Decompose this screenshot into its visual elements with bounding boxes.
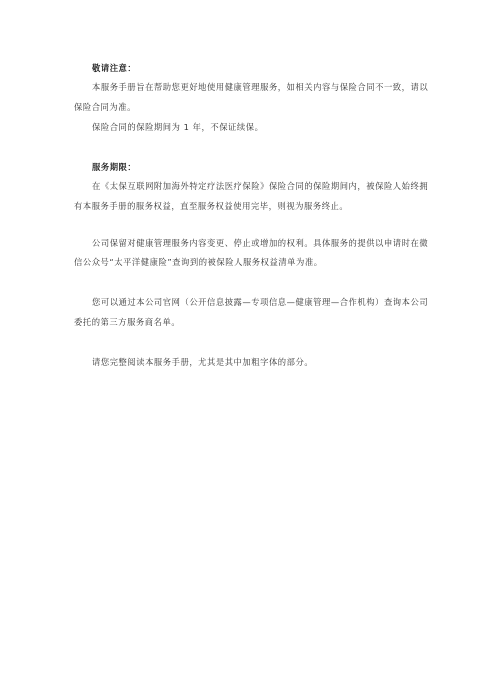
service-period-line-1: 在《太保互联网附加海外特定疗法医疗保险》保险合同的保险期间内，被保险人始终拥 [92, 180, 428, 192]
read-reminder: 请您完整阅读本服务手册，尤其是其中加粗字体的部分。 [92, 356, 313, 368]
provider-list-line-2: 委托的第三方服务商名单。 [74, 316, 180, 328]
rights-paragraph-line-1: 公司保留对健康管理服务内容变更、停止或增加的权利。具体服务的提供以申请时在微 [92, 237, 428, 249]
notice-paragraph-1-line-1: 本服务手册旨在帮助您更好地使用健康管理服务，如相关内容与保险合同不一致，请以 [92, 81, 428, 93]
service-period-line-2: 有本服务手册的服务权益，直至服务权益使用完毕，则视为服务终止。 [74, 200, 348, 212]
notice-paragraph-1-line-2: 保险合同为准。 [74, 101, 136, 113]
notice-paragraph-2: 保险合同的保险期间为 1 年，不保证续保。 [92, 121, 263, 133]
rights-paragraph-line-2: 信公众号“太平洋健康险”查询到的被保险人服务权益清单为准。 [74, 256, 323, 268]
service-period-heading: 服务期限： [92, 161, 136, 173]
notice-heading: 敬请注意： [92, 62, 136, 74]
provider-list-line-1: 您可以通过本公司官网（公开信息披露—专项信息—健康管理—合作机构）查询本公司 [92, 296, 428, 308]
